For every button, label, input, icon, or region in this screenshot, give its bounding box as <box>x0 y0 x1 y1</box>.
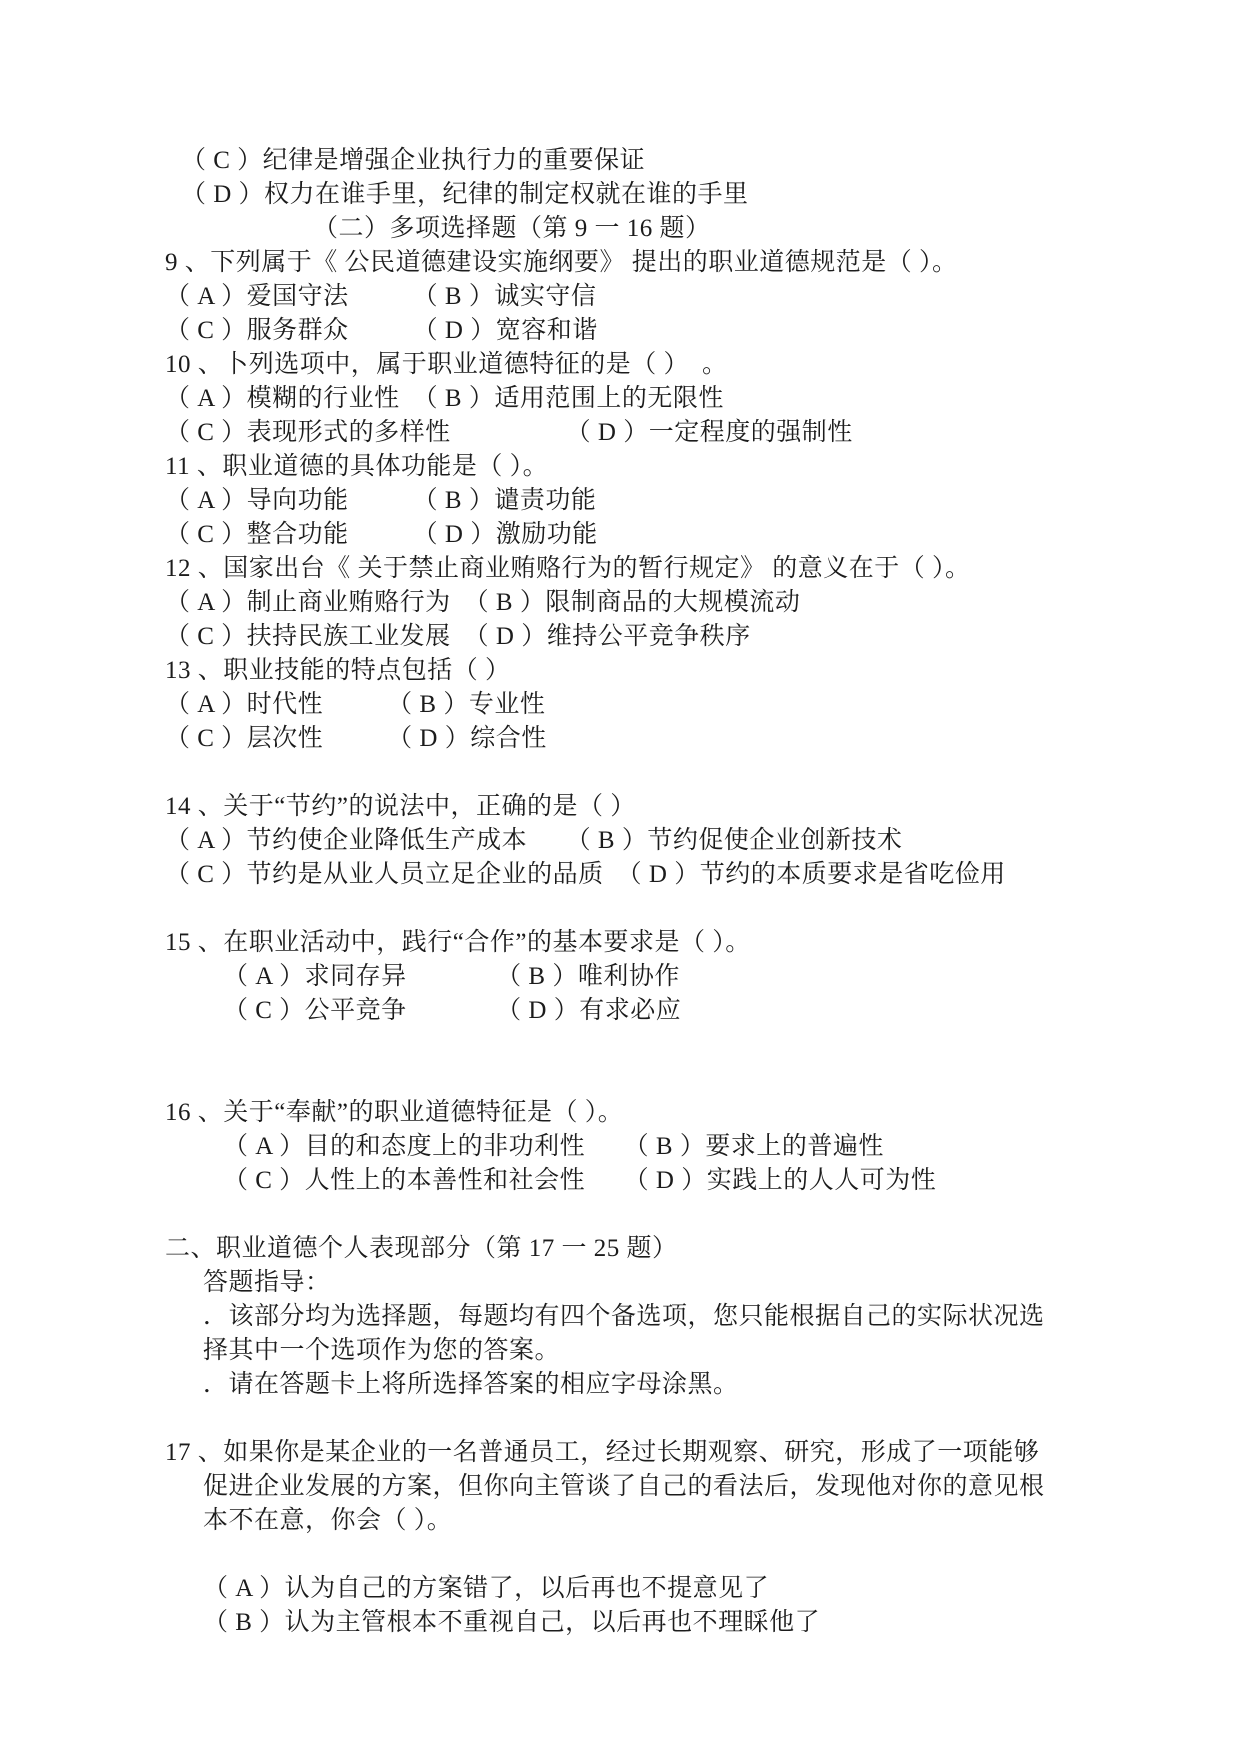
question-line: 9 、下列属于《 公民道德建设实施纲要》 提出的职业道德规范是（ ）。 <box>165 246 1205 280</box>
question-line: 10 、卜列选项中，属于职业道德特征的是（ ） 。 <box>165 348 1205 382</box>
option-pair-line: （ C ）整合功能 （ D ）激励功能 <box>165 518 1205 552</box>
option-pair-line: （ C ）公平竞争 （ D ）有求必应 <box>165 994 1205 1028</box>
option-pair-line: （ A ）节约使企业降低生产成本 （ B ）节约促使企业创新技术 <box>165 824 1205 858</box>
option-line: （ D ）权力在谁手里，纪律的制定权就在谁的手里 <box>165 178 1205 212</box>
blank-line <box>165 1402 1205 1436</box>
option-pair-line: （ A ）时代性 （ B ）专业性 <box>165 688 1205 722</box>
blank-line <box>165 892 1205 926</box>
section-heading-line: （二）多项选择题（第 9 一 16 题） <box>165 212 1205 246</box>
section-heading-line: 二、职业道德个人表现部分（第 17 一 25 题） <box>165 1232 1205 1266</box>
blank-line <box>165 1538 1205 1572</box>
option-pair-line: （ C ）层次性 （ D ）综合性 <box>165 722 1205 756</box>
option-pair-line: （ A ）模糊的行业性 （ B ）适用范围上的无限性 <box>165 382 1205 416</box>
option-pair-line: （ C ）节约是从业人员立足企业的品质 （ D ）节约的本质要求是省吃俭用 <box>165 858 1205 892</box>
question-line: 12 、国家出台《 关于禁止商业贿赂行为的暂行规定》 的意义在于（ ）。 <box>165 552 1205 586</box>
question-line: 15 、在职业活动中，践行“合作”的基本要求是（ ）。 <box>165 926 1205 960</box>
question-line: 13 、职业技能的特点包括（ ） <box>165 654 1205 688</box>
option-line: （ A ）认为自己的方案错了，以后再也不提意见了 <box>165 1572 1205 1606</box>
option-pair-line: （ A ）爱国守法 （ B ）诚实守信 <box>165 280 1205 314</box>
question-line: 16 、关于“奉献”的职业道德特征是（ ）。 <box>165 1096 1205 1130</box>
option-pair-line: （ C ）表现形式的多样性 （ D ）一定程度的强制性 <box>165 416 1205 450</box>
document-body: （ C ）纪律是增强企业执行力的重要保证（ D ）权力在谁手里，纪律的制定权就在… <box>165 144 1205 1640</box>
question-line: 促进企业发展的方案，但你向主管谈了自己的看法后，发现他对你的意见根 <box>165 1470 1205 1504</box>
question-line: 14 、关于“节约”的说法中，正确的是（ ） <box>165 790 1205 824</box>
option-pair-line: （ C ）人性上的本善性和社会性 （ D ）实践上的人人可为性 <box>165 1164 1205 1198</box>
option-line: （ B ）认为主管根本不重视自己，以后再也不理睬他了 <box>165 1606 1205 1640</box>
option-pair-line: （ A ）目的和态度上的非功利性 （ B ）要求上的普遍性 <box>165 1130 1205 1164</box>
option-pair-line: （ A ）制止商业贿赂行为 （ B ）限制商品的大规模流动 <box>165 586 1205 620</box>
instruction-line: ．请在答题卡上将所选择答案的相应字母涂黑。 <box>165 1368 1205 1402</box>
question-line: 17 、如果你是某企业的一名普通员工，经过长期观察、研究，形成了一项能够 <box>165 1436 1205 1470</box>
question-line: 11 、职业道德的具体功能是（ ）。 <box>165 450 1205 484</box>
option-pair-line: （ A ）导向功能 （ B ）谴责功能 <box>165 484 1205 518</box>
blank-line <box>165 1028 1205 1062</box>
option-pair-line: （ C ）服务群众 （ D ）宽容和谐 <box>165 314 1205 348</box>
exam-paper-page: （ C ）纪律是增强企业执行力的重要保证（ D ）权力在谁手里，纪律的制定权就在… <box>0 0 1241 1755</box>
blank-line <box>165 1062 1205 1096</box>
option-pair-line: （ C ）扶持民族工业发展 （ D ）维持公平竞争秩序 <box>165 620 1205 654</box>
option-pair-line: （ A ）求同存异 （ B ）唯利协作 <box>165 960 1205 994</box>
option-line: （ C ）纪律是增强企业执行力的重要保证 <box>165 144 1205 178</box>
instruction-line: 答题指导： <box>165 1266 1205 1300</box>
instruction-line: 择其中一个选项作为您的答案。 <box>165 1334 1205 1368</box>
blank-line <box>165 756 1205 790</box>
instruction-line: ．该部分均为选择题，每题均有四个备选项，您只能根据自己的实际状况选 <box>165 1300 1205 1334</box>
question-line: 本不在意，你会（ ）。 <box>165 1504 1205 1538</box>
blank-line <box>165 1198 1205 1232</box>
